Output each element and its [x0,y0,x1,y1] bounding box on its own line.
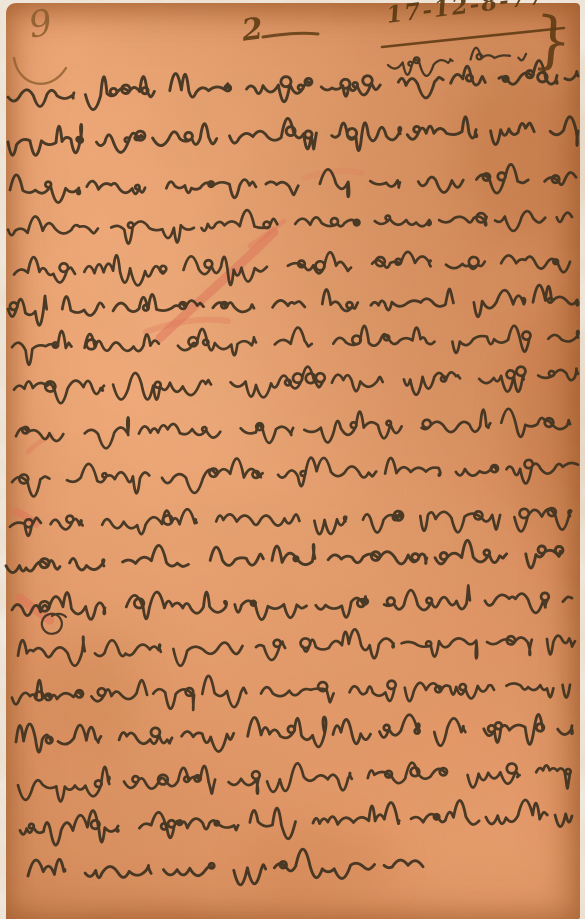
scanned-manuscript-page: 9 2 17-12-8-77 } [0,0,585,919]
page-number: 2 [240,11,265,48]
brace-mark-icon: } [530,2,576,78]
page-content: 9 2 17-12-8-77 } [0,0,585,919]
handwriting-svg [0,0,585,919]
